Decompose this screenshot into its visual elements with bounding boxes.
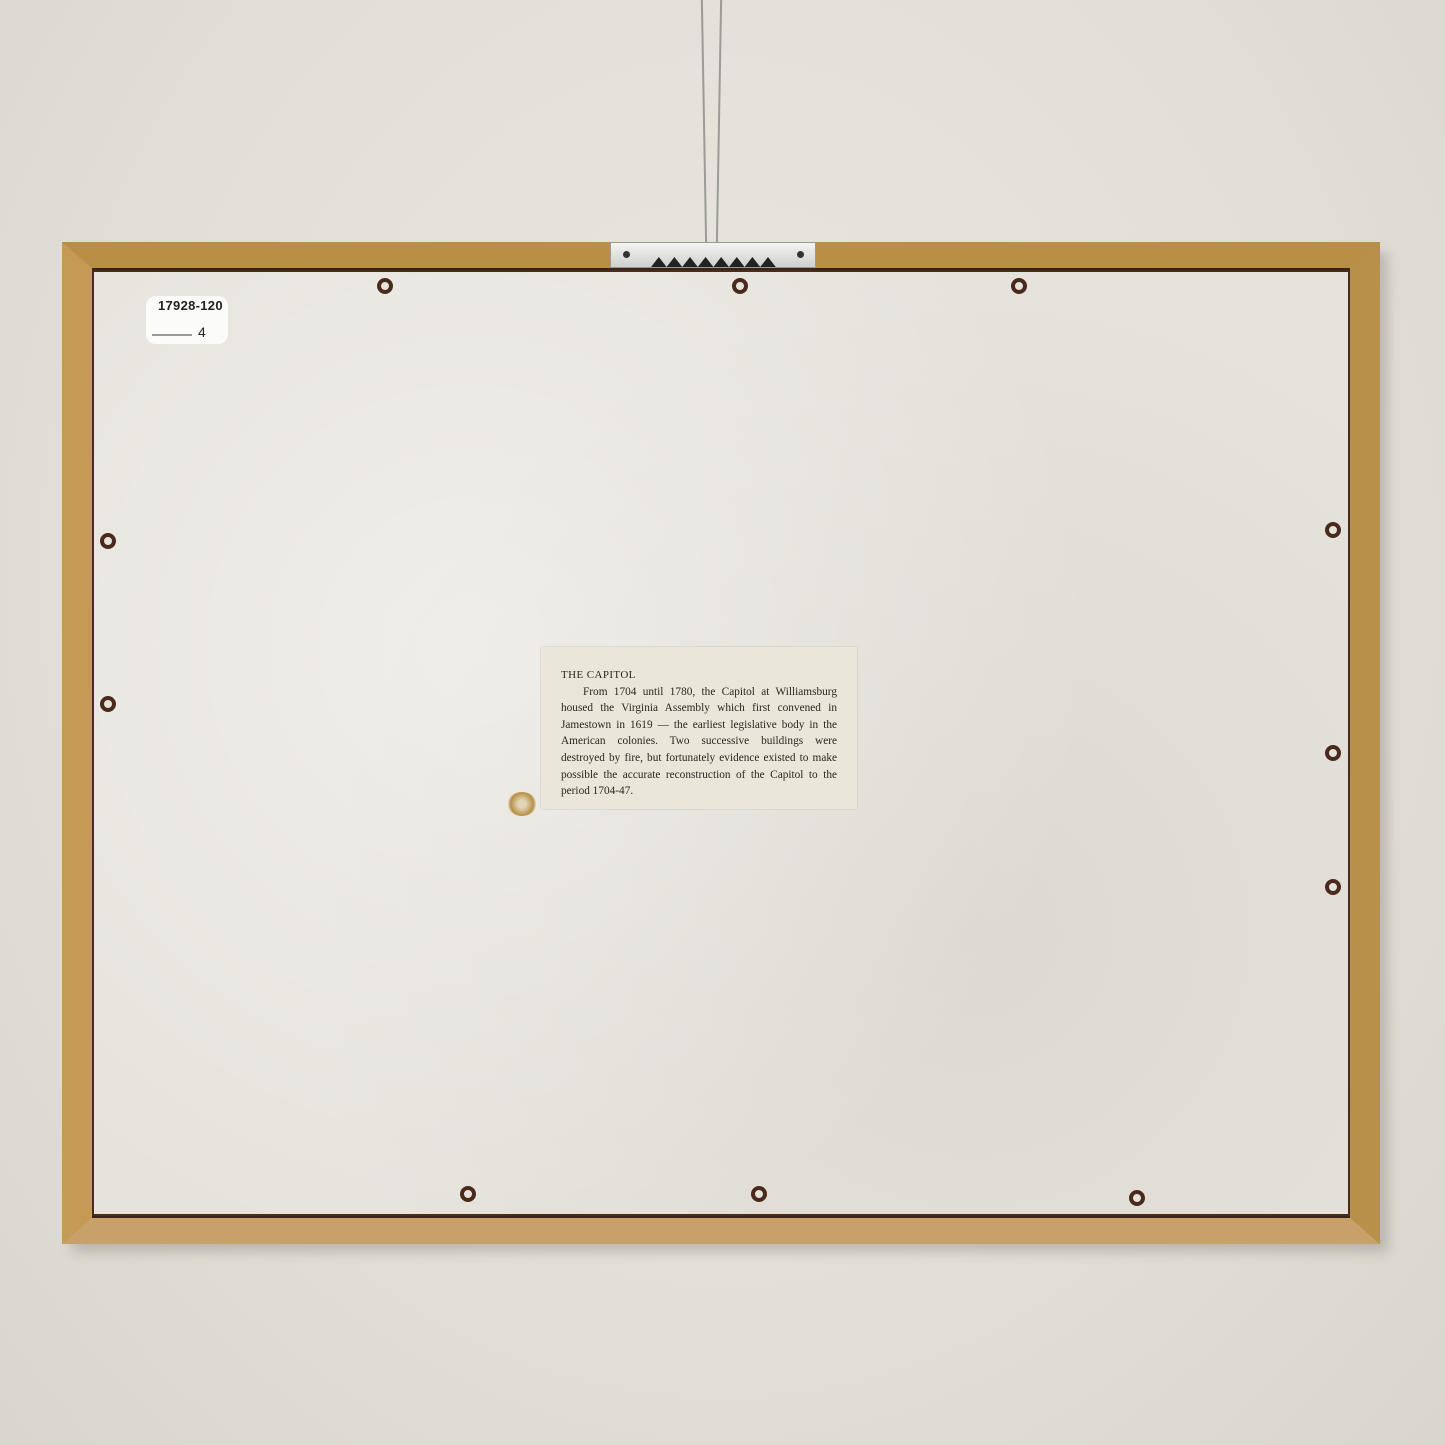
turn-button-clip-icon bbox=[1011, 278, 1027, 294]
turn-button-clip-icon bbox=[100, 696, 116, 712]
nail-hole-icon bbox=[623, 251, 630, 258]
hanging-wire bbox=[701, 0, 707, 244]
label-body: From 1704 until 1780, the Capitol at Wil… bbox=[561, 684, 837, 800]
label-title: THE CAPITOL bbox=[561, 667, 837, 684]
turn-button-clip-icon bbox=[732, 278, 748, 294]
turn-button-clip-icon bbox=[1325, 745, 1341, 761]
turn-button-clip-icon bbox=[460, 1186, 476, 1202]
price-sticker: 17928-120 4 bbox=[146, 296, 228, 344]
turn-button-clip-icon bbox=[751, 1186, 767, 1202]
hanging-wire bbox=[716, 0, 722, 244]
sticker-divider bbox=[152, 334, 192, 336]
sticker-number: 4 bbox=[198, 324, 206, 340]
turn-button-clip-icon bbox=[1325, 879, 1341, 895]
sawtooth-hanger bbox=[610, 242, 816, 268]
description-label: THE CAPITOL From 1704 until 1780, the Ca… bbox=[541, 647, 857, 809]
turn-button-clip-icon bbox=[1325, 522, 1341, 538]
turn-button-clip-icon bbox=[1129, 1190, 1145, 1206]
turn-button-clip-icon bbox=[100, 533, 116, 549]
nail-hole-icon bbox=[797, 251, 804, 258]
sticker-code: 17928-120 bbox=[158, 298, 223, 313]
sawtooth-teeth bbox=[651, 257, 781, 267]
glue-stain bbox=[507, 792, 537, 816]
turn-button-clip-icon bbox=[377, 278, 393, 294]
